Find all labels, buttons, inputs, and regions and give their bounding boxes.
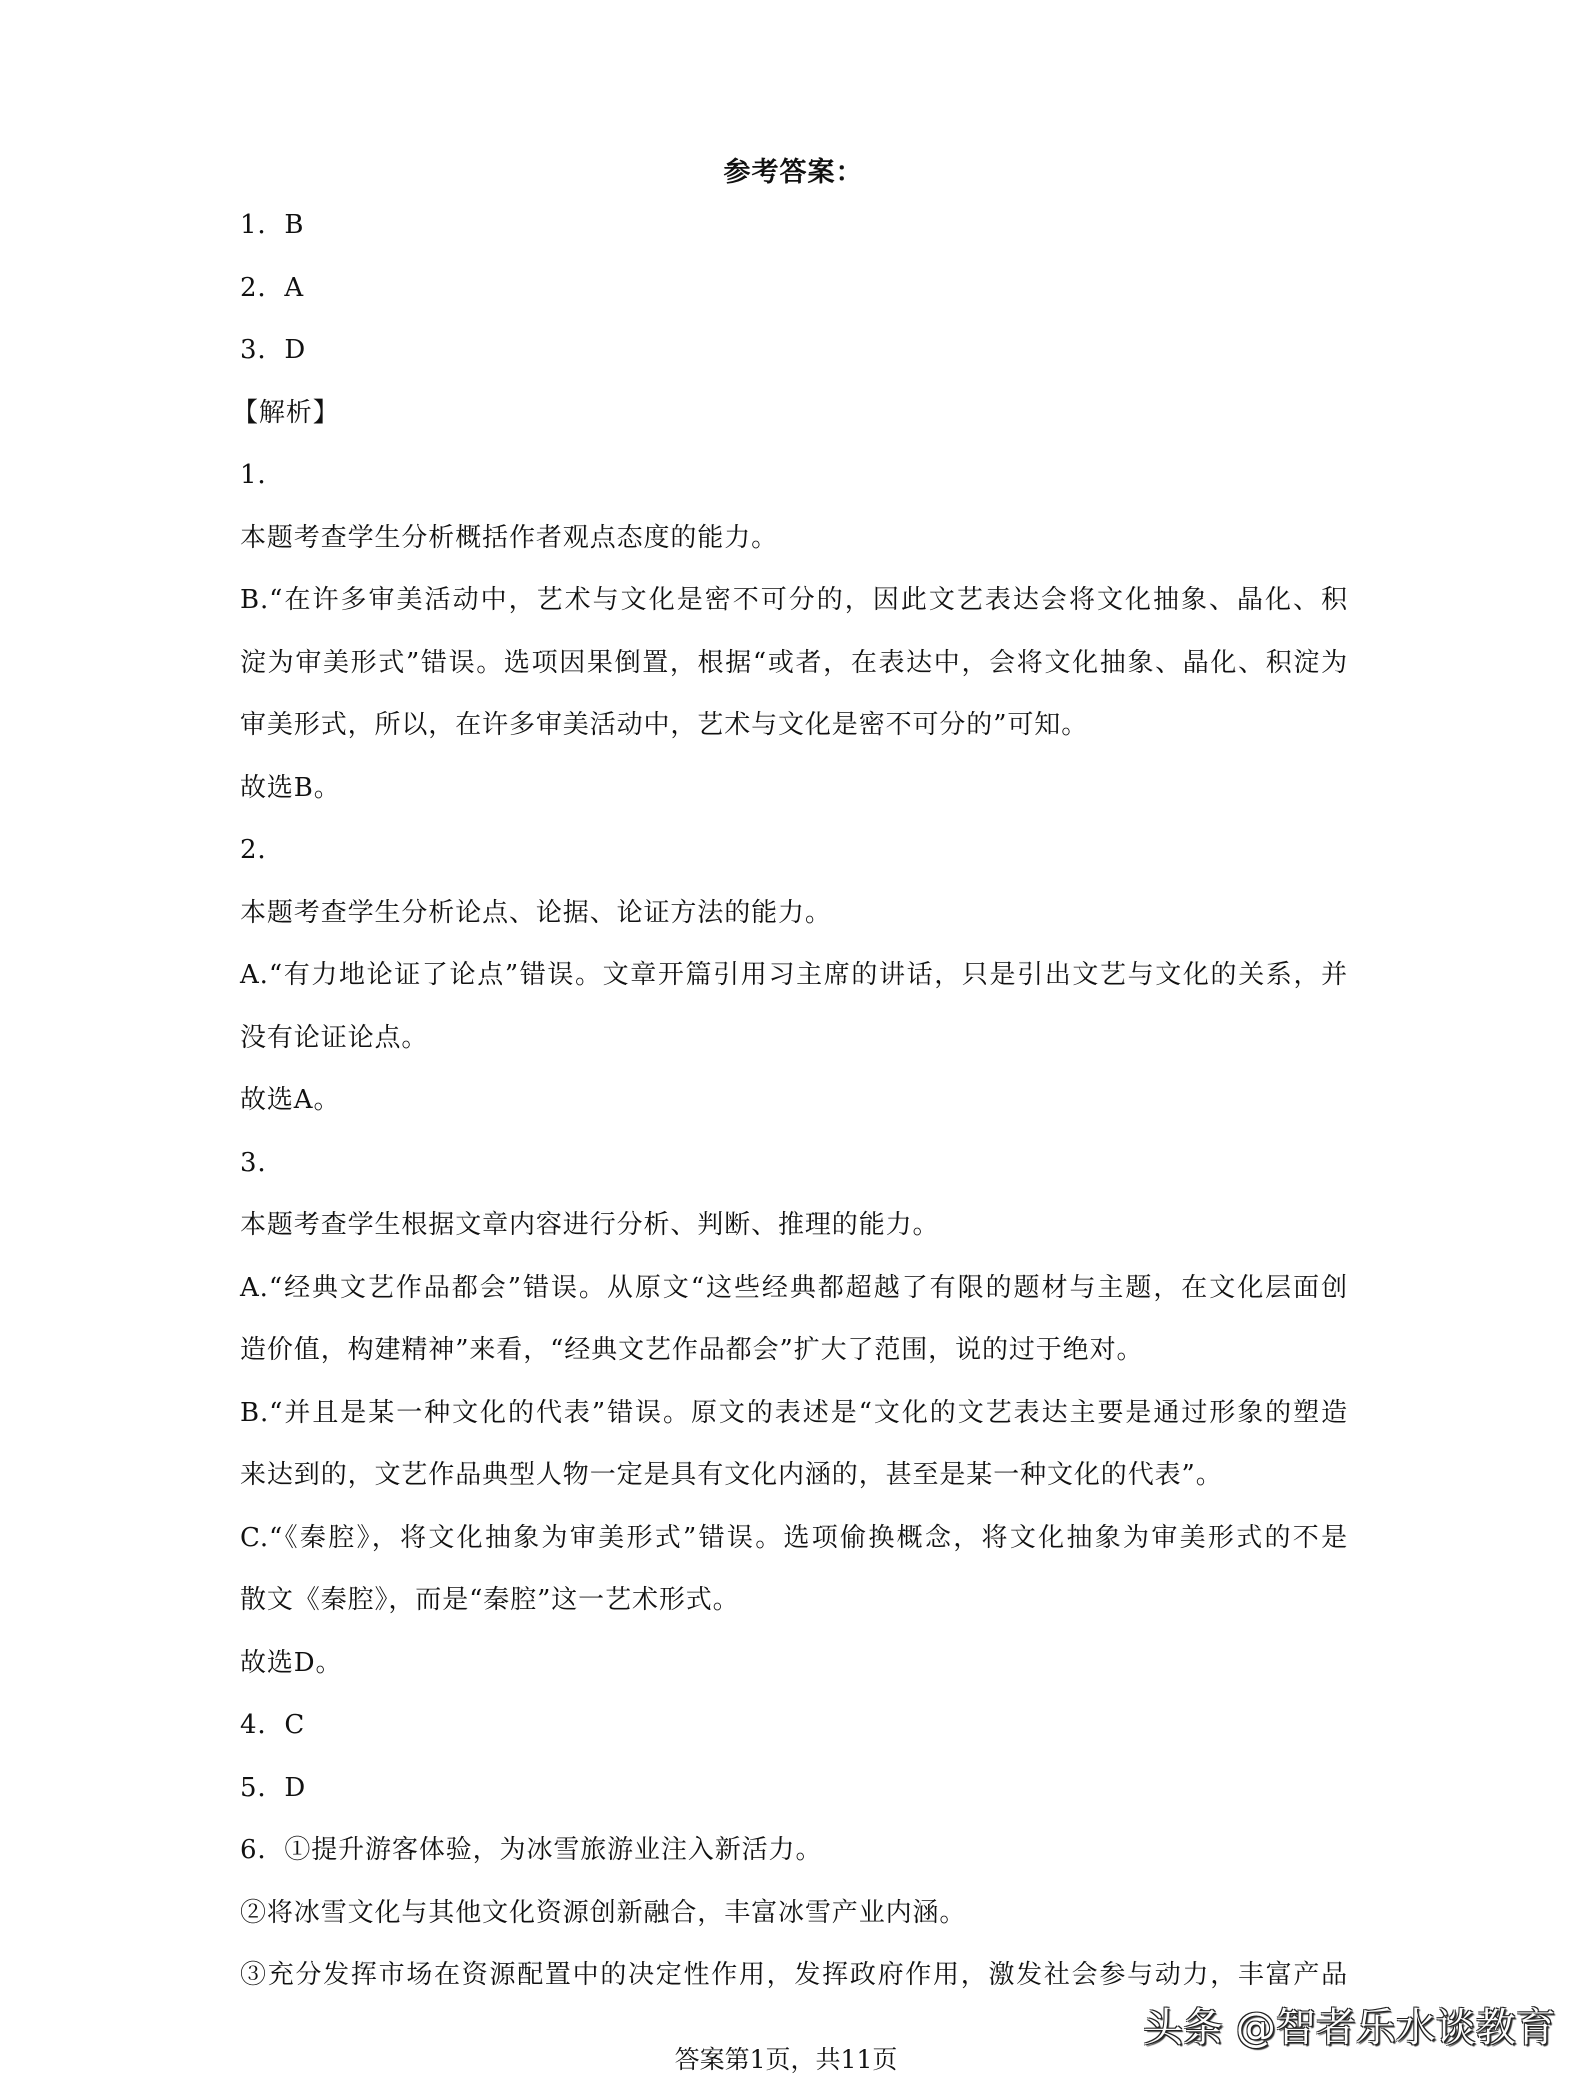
- conclusion-line: 故选D。: [240, 1632, 1348, 1695]
- answer-line: 3．D: [240, 319, 1348, 382]
- explanation-line: 淀为审美形式”错误。选项因果倒置，根据“或者，在表达中，会将文化抽象、晶化、积淀…: [240, 632, 1348, 695]
- explanation-line: 没有论证论点。: [240, 1007, 1348, 1070]
- explanation-line: 散文《秦腔》，而是“秦腔”这一艺术形式。: [240, 1569, 1348, 1632]
- page-number: 答案第1页，共11页: [675, 2043, 898, 2077]
- document-body: 1．B 2．A 3．D 【解析】 1． 本题考查学生分析概括作者观点态度的能力。…: [240, 194, 1348, 2007]
- explanation-line: A.“有力地论证了论点”错误。文章开篇引用习主席的讲话，只是引出文艺与文化的关系…: [240, 944, 1348, 1007]
- question-number: 3．: [240, 1132, 1348, 1195]
- answer-point: ③充分发挥市场在资源配置中的决定性作用，发挥政府作用，激发社会参与动力，丰富产品: [240, 1944, 1348, 2007]
- explanation-line: B.“在许多审美活动中，艺术与文化是密不可分的，因此文艺表达会将文化抽象、晶化、…: [240, 569, 1348, 632]
- explanation-line: C.“《秦腔》，将文化抽象为审美形式”错误。选项偷换概念，将文化抽象为审美形式的…: [240, 1507, 1348, 1570]
- answer-point: ②将冰雪文化与其他文化资源创新融合，丰富冰雪产业内涵。: [240, 1882, 1348, 1945]
- conclusion-line: 故选A。: [240, 1069, 1348, 1132]
- explanation-line: 审美形式，所以，在许多审美活动中，艺术与文化是密不可分的”可知。: [240, 694, 1348, 757]
- explanation-line: 造价值，构建精神”来看，“经典文艺作品都会”扩大了范围，说的过于绝对。: [240, 1319, 1348, 1382]
- watermark: 头条 @智者乐水谈教育: [1143, 2003, 1556, 2053]
- explanation-line: 来达到的，文艺作品典型人物一定是具有文化内涵的，甚至是某一种文化的代表”。: [240, 1444, 1348, 1507]
- question-intro: 本题考查学生根据文章内容进行分析、判断、推理的能力。: [240, 1194, 1348, 1257]
- question-intro: 本题考查学生分析概括作者观点态度的能力。: [240, 507, 1348, 570]
- question-number: 1．: [240, 444, 1348, 507]
- page-title: 参考答案：: [0, 156, 1587, 190]
- answer-point: 6．①提升游客体验，为冰雪旅游业注入新活力。: [240, 1819, 1348, 1882]
- explanation-line: B.“并且是某一种文化的代表”错误。原文的表述是“文化的文艺表达主要是通过形象的…: [240, 1382, 1348, 1445]
- explanation-line: A.“经典文艺作品都会”错误。从原文“这些经典都超越了有限的题材与主题，在文化层…: [240, 1257, 1348, 1320]
- answer-line: 5．D: [240, 1757, 1348, 1820]
- answer-line: 2．A: [240, 257, 1348, 320]
- document-page: 参考答案： 1．B 2．A 3．D 【解析】 1． 本题考查学生分析概括作者观点…: [0, 0, 1587, 2083]
- analysis-heading: 【解析】: [232, 382, 1348, 445]
- question-intro: 本题考查学生分析论点、论据、论证方法的能力。: [240, 882, 1348, 945]
- answer-line: 4．C: [240, 1694, 1348, 1757]
- answer-line: 1．B: [240, 194, 1348, 257]
- conclusion-line: 故选B。: [240, 757, 1348, 820]
- question-number: 2．: [240, 819, 1348, 882]
